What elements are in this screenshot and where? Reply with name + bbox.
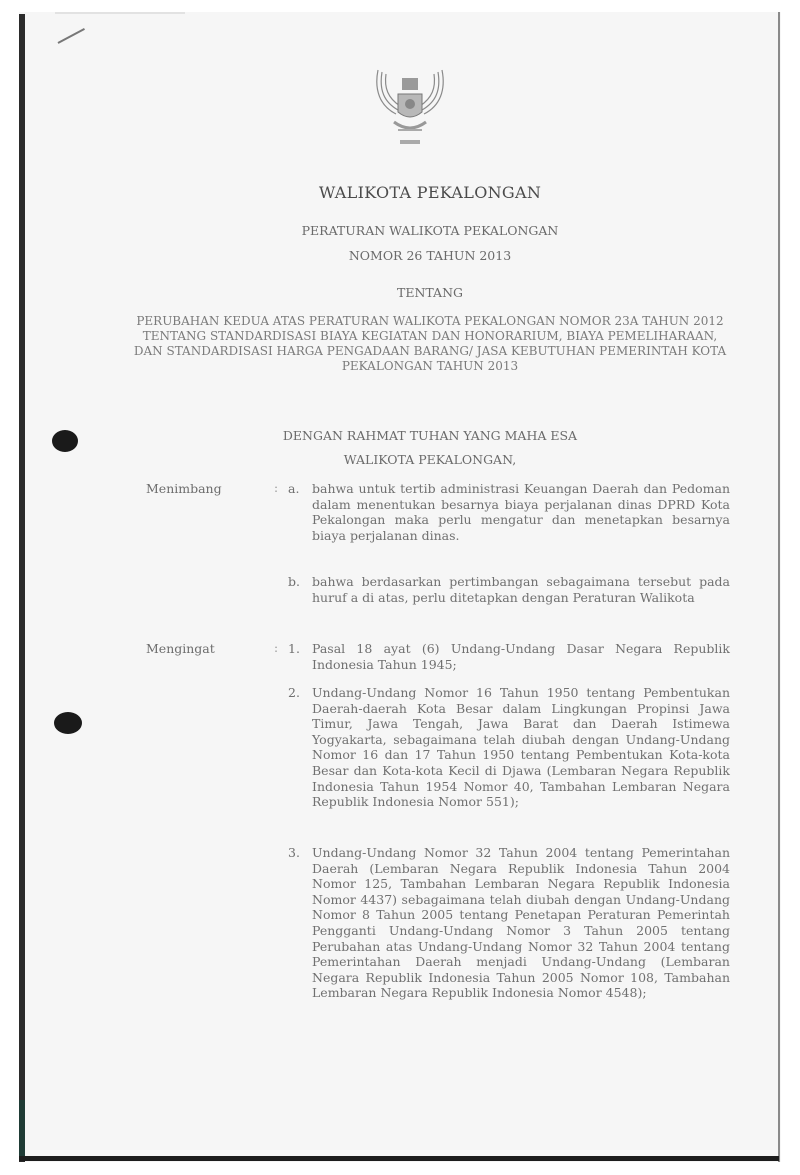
punch-hole-icon bbox=[52, 430, 78, 452]
considering-item: a. bahwa untuk tertib administrasi Keuan… bbox=[288, 481, 730, 543]
recalling-item: 1. Pasal 18 ayat (6) Undang-Undang Dasar… bbox=[288, 641, 730, 672]
item-number: a. bbox=[288, 481, 310, 497]
punch-hole-icon bbox=[54, 712, 82, 734]
about-label: TENTANG bbox=[130, 285, 730, 300]
page-edge-top bbox=[55, 12, 185, 14]
item-number: 1. bbox=[288, 641, 310, 657]
regulation-type: PERATURAN WALIKOTA PEKALONGAN bbox=[130, 223, 730, 238]
item-text: Undang-Undang Nomor 32 Tahun 2004 tentan… bbox=[312, 845, 730, 1001]
item-text: bahwa untuk tertib administrasi Keuangan… bbox=[312, 481, 730, 543]
recalling-item: 2. Undang-Undang Nomor 16 Tahun 1950 ten… bbox=[288, 685, 730, 810]
page-edge-left-tint bbox=[19, 1100, 25, 1160]
page-edge-left bbox=[19, 14, 25, 1162]
recalling-item: 3. Undang-Undang Nomor 32 Tahun 2004 ten… bbox=[288, 845, 730, 1001]
recalling-colon: : bbox=[274, 641, 278, 655]
issuer-line: WALIKOTA PEKALONGAN, bbox=[130, 452, 730, 467]
considering-item: b. bahwa berdasarkan pertimbangan sebaga… bbox=[288, 574, 730, 605]
item-text: bahwa berdasarkan pertimbangan sebagaima… bbox=[312, 574, 730, 605]
regulation-subject: PERUBAHAN KEDUA ATAS PERATURAN WALIKOTA … bbox=[130, 314, 730, 374]
invocation: DENGAN RAHMAT TUHAN YANG MAHA ESA bbox=[130, 428, 730, 443]
garuda-emblem-icon bbox=[372, 60, 448, 156]
item-number: 3. bbox=[288, 845, 310, 861]
considering-label: Menimbang bbox=[146, 481, 222, 496]
item-text: Pasal 18 ayat (6) Undang-Undang Dasar Ne… bbox=[312, 641, 730, 672]
document-issuer-title: WALIKOTA PEKALONGAN bbox=[130, 183, 730, 202]
page-edge-bottom bbox=[19, 1156, 779, 1161]
page-edge-right bbox=[778, 12, 780, 1162]
considering-colon: : bbox=[274, 481, 278, 495]
item-text: Undang-Undang Nomor 16 Tahun 1950 tentan… bbox=[312, 685, 730, 810]
item-number: 2. bbox=[288, 685, 310, 701]
regulation-number: NOMOR 26 TAHUN 2013 bbox=[130, 248, 730, 263]
recalling-label: Mengingat bbox=[146, 641, 215, 656]
item-number: b. bbox=[288, 574, 310, 590]
